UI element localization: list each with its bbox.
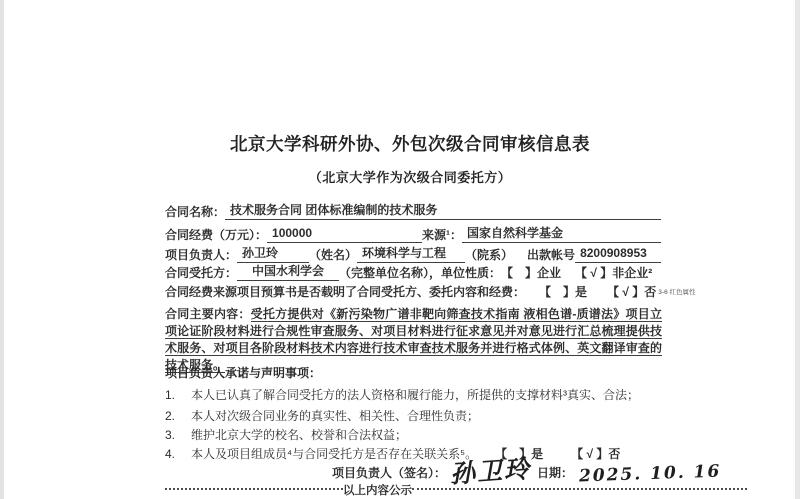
budget-question-row: 合同经费来源项目预算书是否载明了合同受托方、委托内容和经费： 【 】是 【 √ …	[165, 285, 661, 300]
declaration-item-1: 1. 本人已认真了解合同受托方的法人资格和履行能力，所提供的支撑材料³真实、合法…	[165, 388, 662, 403]
item-number: 4.	[165, 447, 191, 462]
trustee-suffix: （完整单位名称），单位性质：	[339, 266, 501, 281]
scanned-form-page: { "page": { "title": "北京大学科研外协、外包次级合同审核信…	[0, 0, 800, 499]
item-number: 2.	[165, 409, 191, 424]
pi-name-value: 孙卫玲	[237, 246, 309, 263]
dotted-leader-left	[165, 488, 343, 490]
relation-no-checkbox: 【 √ 】否	[571, 447, 620, 462]
item-text: 本人对次级合同业务的真实性、相关性、合理性负责；	[191, 409, 479, 424]
dotted-leader-right	[412, 488, 747, 490]
pi-row: 项目负责人： 孙卫玲 （姓名） 环境科学与工程 （院系） 出款帐号 820090…	[165, 246, 661, 263]
funding-source-value: 国家自然科学基金	[462, 226, 661, 243]
item-number: 1.	[165, 388, 191, 403]
funding-label: 合同经费（万元）：	[165, 228, 267, 243]
contract-name-label: 合同名称：	[165, 205, 225, 220]
declaration-heading: 项目负责人承诺与声明事项：	[165, 364, 321, 381]
photo-left-edge-shadow	[0, 0, 4, 499]
pi-label: 项目负责人：	[165, 248, 237, 263]
pi-department-value: 环境科学与工程	[357, 246, 465, 263]
funding-value: 100000	[267, 226, 422, 243]
photo-right-edge-shadow	[795, 0, 800, 499]
contract-name-value: 技术服务合同 团体标准编制的技术服务	[225, 203, 661, 220]
item-text: 本人及项目组成员⁴与合同受托方是否存在关联关系⁵。	[191, 447, 477, 462]
budget-yes-checkbox: 【 】是	[539, 285, 587, 300]
budget-question-label: 合同经费来源项目预算书是否载明了合同受托方、委托内容和经费：	[165, 285, 525, 300]
declaration-item-4: 4. 本人及项目组成员⁴与合同受托方是否存在关联关系⁵。 【 】是 【 √ 】否	[165, 447, 662, 462]
declaration-item-3: 3. 维护北京大学的校名、校誉和合法权益；	[165, 428, 662, 443]
item-number: 3.	[165, 428, 191, 443]
trustee-row: 合同受托方： 中国水利学会 （完整单位名称），单位性质： 【 】企业 【 √ 】…	[165, 264, 661, 281]
funding-row: 合同经费（万元）： 100000 来源¹： 国家自然科学基金	[165, 226, 661, 243]
signature-label: 项目负责人（签名）：	[332, 464, 446, 481]
declaration-item-2: 2. 本人对次级合同业务的真实性、相关性、合理性负责；	[165, 409, 662, 424]
page-title: 北京大学科研外协、外包次级合同审核信息表	[150, 131, 670, 156]
trustee-label: 合同受托方：	[165, 266, 237, 281]
budget-footnote: 3-6 红色属性	[658, 285, 695, 300]
date-label: 日期：	[537, 464, 573, 481]
funding-source-label: 来源¹：	[422, 228, 462, 243]
publicity-divider: 以上内容公示	[165, 482, 747, 498]
pi-account-label: 出款帐号	[527, 248, 575, 263]
main-content-label: 合同主要内容：	[165, 307, 251, 321]
budget-no-checkbox: 【 √ 】否	[607, 285, 656, 300]
contract-name-row: 合同名称： 技术服务合同 团体标准编制的技术服务	[165, 203, 661, 220]
divider-text: 以上内容公示	[343, 482, 412, 498]
trustee-option-non-enterprise-checkbox: 【 √ 】非企业²	[575, 266, 652, 281]
page-subtitle: （北京大学作为次级合同委托方）	[150, 167, 670, 186]
trustee-option-enterprise-checkbox: 【 】企业	[501, 266, 561, 281]
pi-account-value: 8200908953	[575, 246, 661, 263]
signature-row: 项目负责人（签名）： 孙卫玲 日期： 2025. 10. 16	[332, 461, 721, 481]
item-text: 本人已认真了解合同受托方的法人资格和履行能力，所提供的支撑材料³真实、合法；	[191, 388, 639, 403]
pi-name-suffix: （姓名）	[309, 248, 357, 263]
trustee-value: 中国水利学会	[237, 264, 339, 281]
item-text: 维护北京大学的校名、校誉和合法权益；	[191, 428, 407, 443]
pi-dept-suffix: （院系）	[465, 248, 513, 263]
